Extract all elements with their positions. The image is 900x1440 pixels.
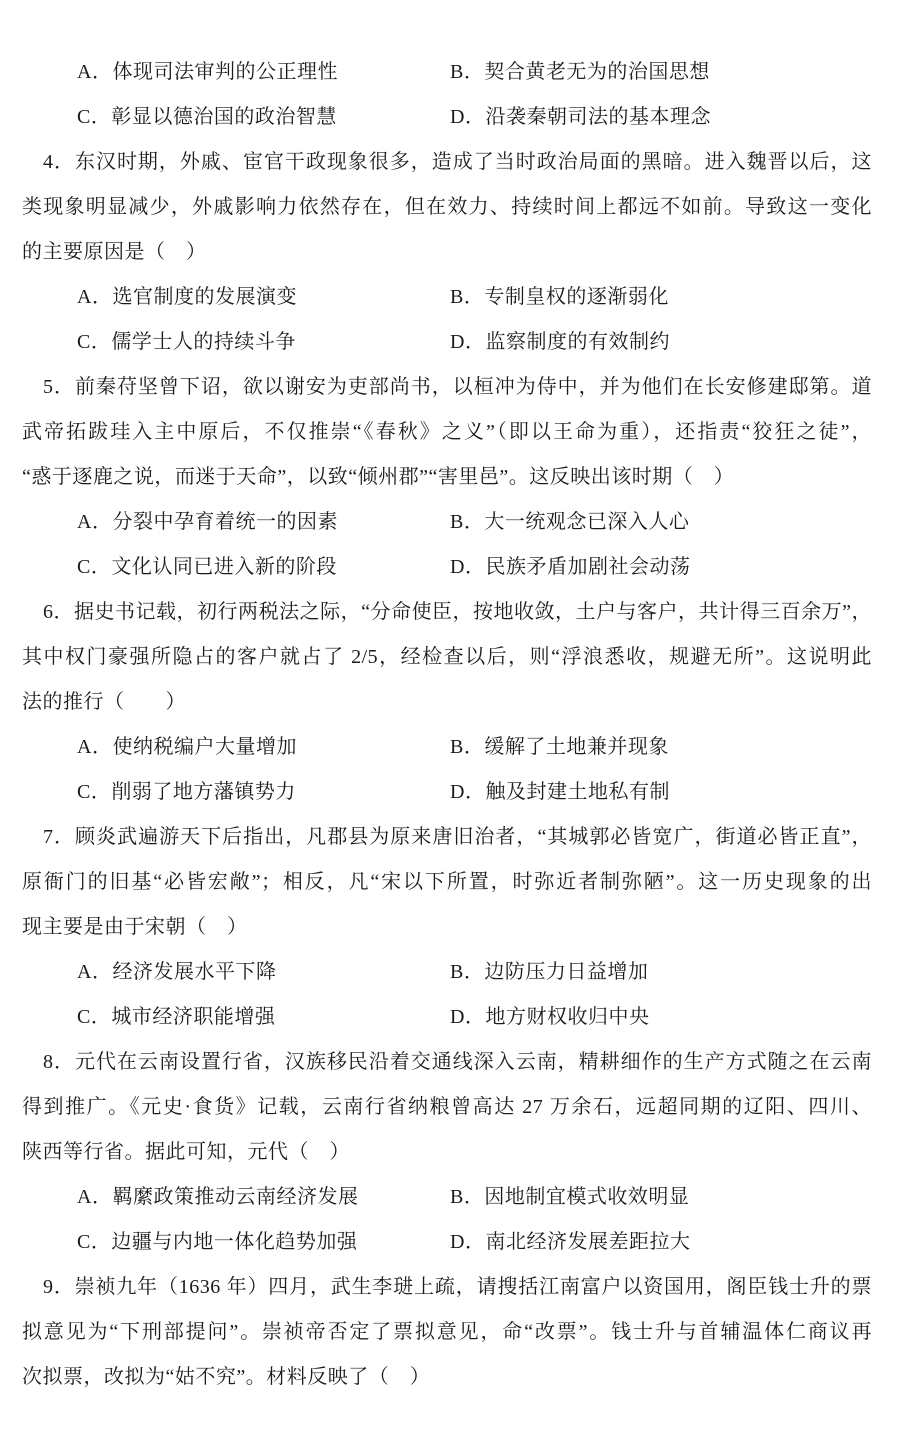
question-3-option-b: B．契合黄老无为的治国思想 xyxy=(450,50,872,95)
question-3-option-a: A．体现司法审判的公正理性 xyxy=(77,50,450,95)
question-5-stem-line-3: “惑于逐鹿之说，而迷于天命”，以致“倾州郡”“害里邑”。这反映出该时期（ ） xyxy=(22,455,872,500)
question-8-stem-line-1: 8．元代在云南设置行省，汉族移民沿着交通线深入云南，精耕细作的生产方式随之在云南 xyxy=(22,1040,872,1085)
question-7-option-b: B．边防压力日益增加 xyxy=(450,950,872,995)
question-4-option-d: D．监察制度的有效制约 xyxy=(450,320,872,365)
question-8: 8．元代在云南设置行省，汉族移民沿着交通线深入云南，精耕细作的生产方式随之在云南… xyxy=(22,1040,872,1265)
question-5-option-d: D．民族矛盾加剧社会动荡 xyxy=(450,545,872,590)
question-3-options-row-1: A．体现司法审判的公正理性 B．契合黄老无为的治国思想 xyxy=(77,50,872,95)
question-6-options-row-2: C．削弱了地方藩镇势力 D．触及封建土地私有制 xyxy=(77,770,872,815)
question-4-stem-line-3: 的主要原因是（ ） xyxy=(22,230,872,275)
question-4-option-b: B．专制皇权的逐渐弱化 xyxy=(450,275,872,320)
question-9-stem-line-3: 次拟票，改拟为“姑不究”。材料反映了（ ） xyxy=(22,1355,872,1400)
question-7-option-a: A．经济发展水平下降 xyxy=(77,950,450,995)
question-8-option-b: B．因地制宜模式收效明显 xyxy=(450,1175,872,1220)
question-5-stem-line-2: 武帝拓跋珪入主中原后，不仅推崇“《春秋》之义”（即以王命为重），还指责“狡狂之徒… xyxy=(22,410,872,455)
exam-page: A．体现司法审判的公正理性 B．契合黄老无为的治国思想 C．彰显以德治国的政治智… xyxy=(0,0,900,1440)
question-7-option-d: D．地方财权收归中央 xyxy=(450,995,872,1040)
question-7-stem-line-3: 现主要是由于宋朝（ ） xyxy=(22,905,872,950)
question-8-option-d: D．南北经济发展差距拉大 xyxy=(450,1220,872,1265)
question-5: 5．前秦苻坚曾下诏，欲以谢安为吏部尚书，以桓冲为侍中，并为他们在长安修建邸第。道… xyxy=(22,365,872,590)
question-6-option-b: B．缓解了土地兼并现象 xyxy=(450,725,872,770)
question-5-stem-line-1: 5．前秦苻坚曾下诏，欲以谢安为吏部尚书，以桓冲为侍中，并为他们在长安修建邸第。道 xyxy=(22,365,872,410)
question-6-stem-line-2: 其中权门豪强所隐占的客户就占了 2/5，经检查以后，则“浮浪悉收，规避无所”。这… xyxy=(22,635,872,680)
question-8-stem-line-2: 得到推广。《元史·食货》记载，云南行省纳粮曾高达 27 万余石，远超同期的辽阳、… xyxy=(22,1085,872,1130)
question-8-option-c: C．边疆与内地一体化趋势加强 xyxy=(77,1220,450,1265)
question-6-stem-line-3: 法的推行（ ） xyxy=(22,680,872,725)
question-5-options-row-1: A．分裂中孕育着统一的因素 B．大一统观念已深入人心 xyxy=(77,500,872,545)
question-9-stem-line-2: 拟意见为“下刑部提问”。崇祯帝否定了票拟意见，命“改票”。钱士升与首辅温体仁商议… xyxy=(22,1310,872,1355)
question-6-option-d: D．触及封建土地私有制 xyxy=(450,770,872,815)
question-6-options-row-1: A．使纳税编户大量增加 B．缓解了土地兼并现象 xyxy=(77,725,872,770)
question-8-options-row-1: A．羁縻政策推动云南经济发展 B．因地制宜模式收效明显 xyxy=(77,1175,872,1220)
question-8-stem-line-3: 陕西等行省。据此可知，元代（ ） xyxy=(22,1130,872,1175)
question-4-options-row-1: A．选官制度的发展演变 B．专制皇权的逐渐弱化 xyxy=(77,275,872,320)
question-9-stem-line-1: 9．崇祯九年（1636 年）四月，武生李琎上疏，请搜括江南富户以资国用，阁臣钱士… xyxy=(22,1265,872,1310)
question-6: 6．据史书记载，初行两税法之际，“分命使臣，按地收敛，土户与客户，共计得三百余万… xyxy=(22,590,872,815)
question-4-option-a: A．选官制度的发展演变 xyxy=(77,275,450,320)
question-5-options-row-2: C．文化认同已进入新的阶段 D．民族矛盾加剧社会动荡 xyxy=(77,545,872,590)
question-8-option-a: A．羁縻政策推动云南经济发展 xyxy=(77,1175,450,1220)
question-5-option-c: C．文化认同已进入新的阶段 xyxy=(77,545,450,590)
question-9: 9．崇祯九年（1636 年）四月，武生李琎上疏，请搜括江南富户以资国用，阁臣钱士… xyxy=(22,1265,872,1400)
question-4-options-row-2: C．儒学士人的持续斗争 D．监察制度的有效制约 xyxy=(77,320,872,365)
question-3-option-c: C．彰显以德治国的政治智慧 xyxy=(77,95,450,140)
question-8-options-row-2: C．边疆与内地一体化趋势加强 D．南北经济发展差距拉大 xyxy=(77,1220,872,1265)
question-7-option-c: C．城市经济职能增强 xyxy=(77,995,450,1040)
question-5-option-a: A．分裂中孕育着统一的因素 xyxy=(77,500,450,545)
question-5-option-b: B．大一统观念已深入人心 xyxy=(450,500,872,545)
question-3-option-d: D．沿袭秦朝司法的基本理念 xyxy=(450,95,872,140)
question-4-stem-line-1: 4．东汉时期，外戚、宦官干政现象很多，造成了当时政治局面的黑暗。进入魏晋以后，这 xyxy=(22,140,872,185)
question-7-options-row-1: A．经济发展水平下降 B．边防压力日益增加 xyxy=(77,950,872,995)
question-3-options-row-2: C．彰显以德治国的政治智慧 D．沿袭秦朝司法的基本理念 xyxy=(77,95,872,140)
question-4-option-c: C．儒学士人的持续斗争 xyxy=(77,320,450,365)
question-7-stem-line-2: 原衙门的旧基“必皆宏敞”；相反，凡“宋以下所置，时弥近者制弥陋”。这一历史现象的… xyxy=(22,860,872,905)
question-7: 7．顾炎武遍游天下后指出，凡郡县为原来唐旧治者，“其城郭必皆宽广，街道必皆正直”… xyxy=(22,815,872,1040)
question-6-option-a: A．使纳税编户大量增加 xyxy=(77,725,450,770)
question-6-option-c: C．削弱了地方藩镇势力 xyxy=(77,770,450,815)
question-6-stem-line-1: 6．据史书记载，初行两税法之际，“分命使臣，按地收敛，土户与客户，共计得三百余万… xyxy=(22,590,872,635)
question-3-options: A．体现司法审判的公正理性 B．契合黄老无为的治国思想 C．彰显以德治国的政治智… xyxy=(22,50,872,140)
question-7-options-row-2: C．城市经济职能增强 D．地方财权收归中央 xyxy=(77,995,872,1040)
question-4: 4．东汉时期，外戚、宦官干政现象很多，造成了当时政治局面的黑暗。进入魏晋以后，这… xyxy=(22,140,872,365)
question-7-stem-line-1: 7．顾炎武遍游天下后指出，凡郡县为原来唐旧治者，“其城郭必皆宽广，街道必皆正直”… xyxy=(22,815,872,860)
question-4-stem-line-2: 类现象明显减少，外戚影响力依然存在，但在效力、持续时间上都远不如前。导致这一变化 xyxy=(22,185,872,230)
